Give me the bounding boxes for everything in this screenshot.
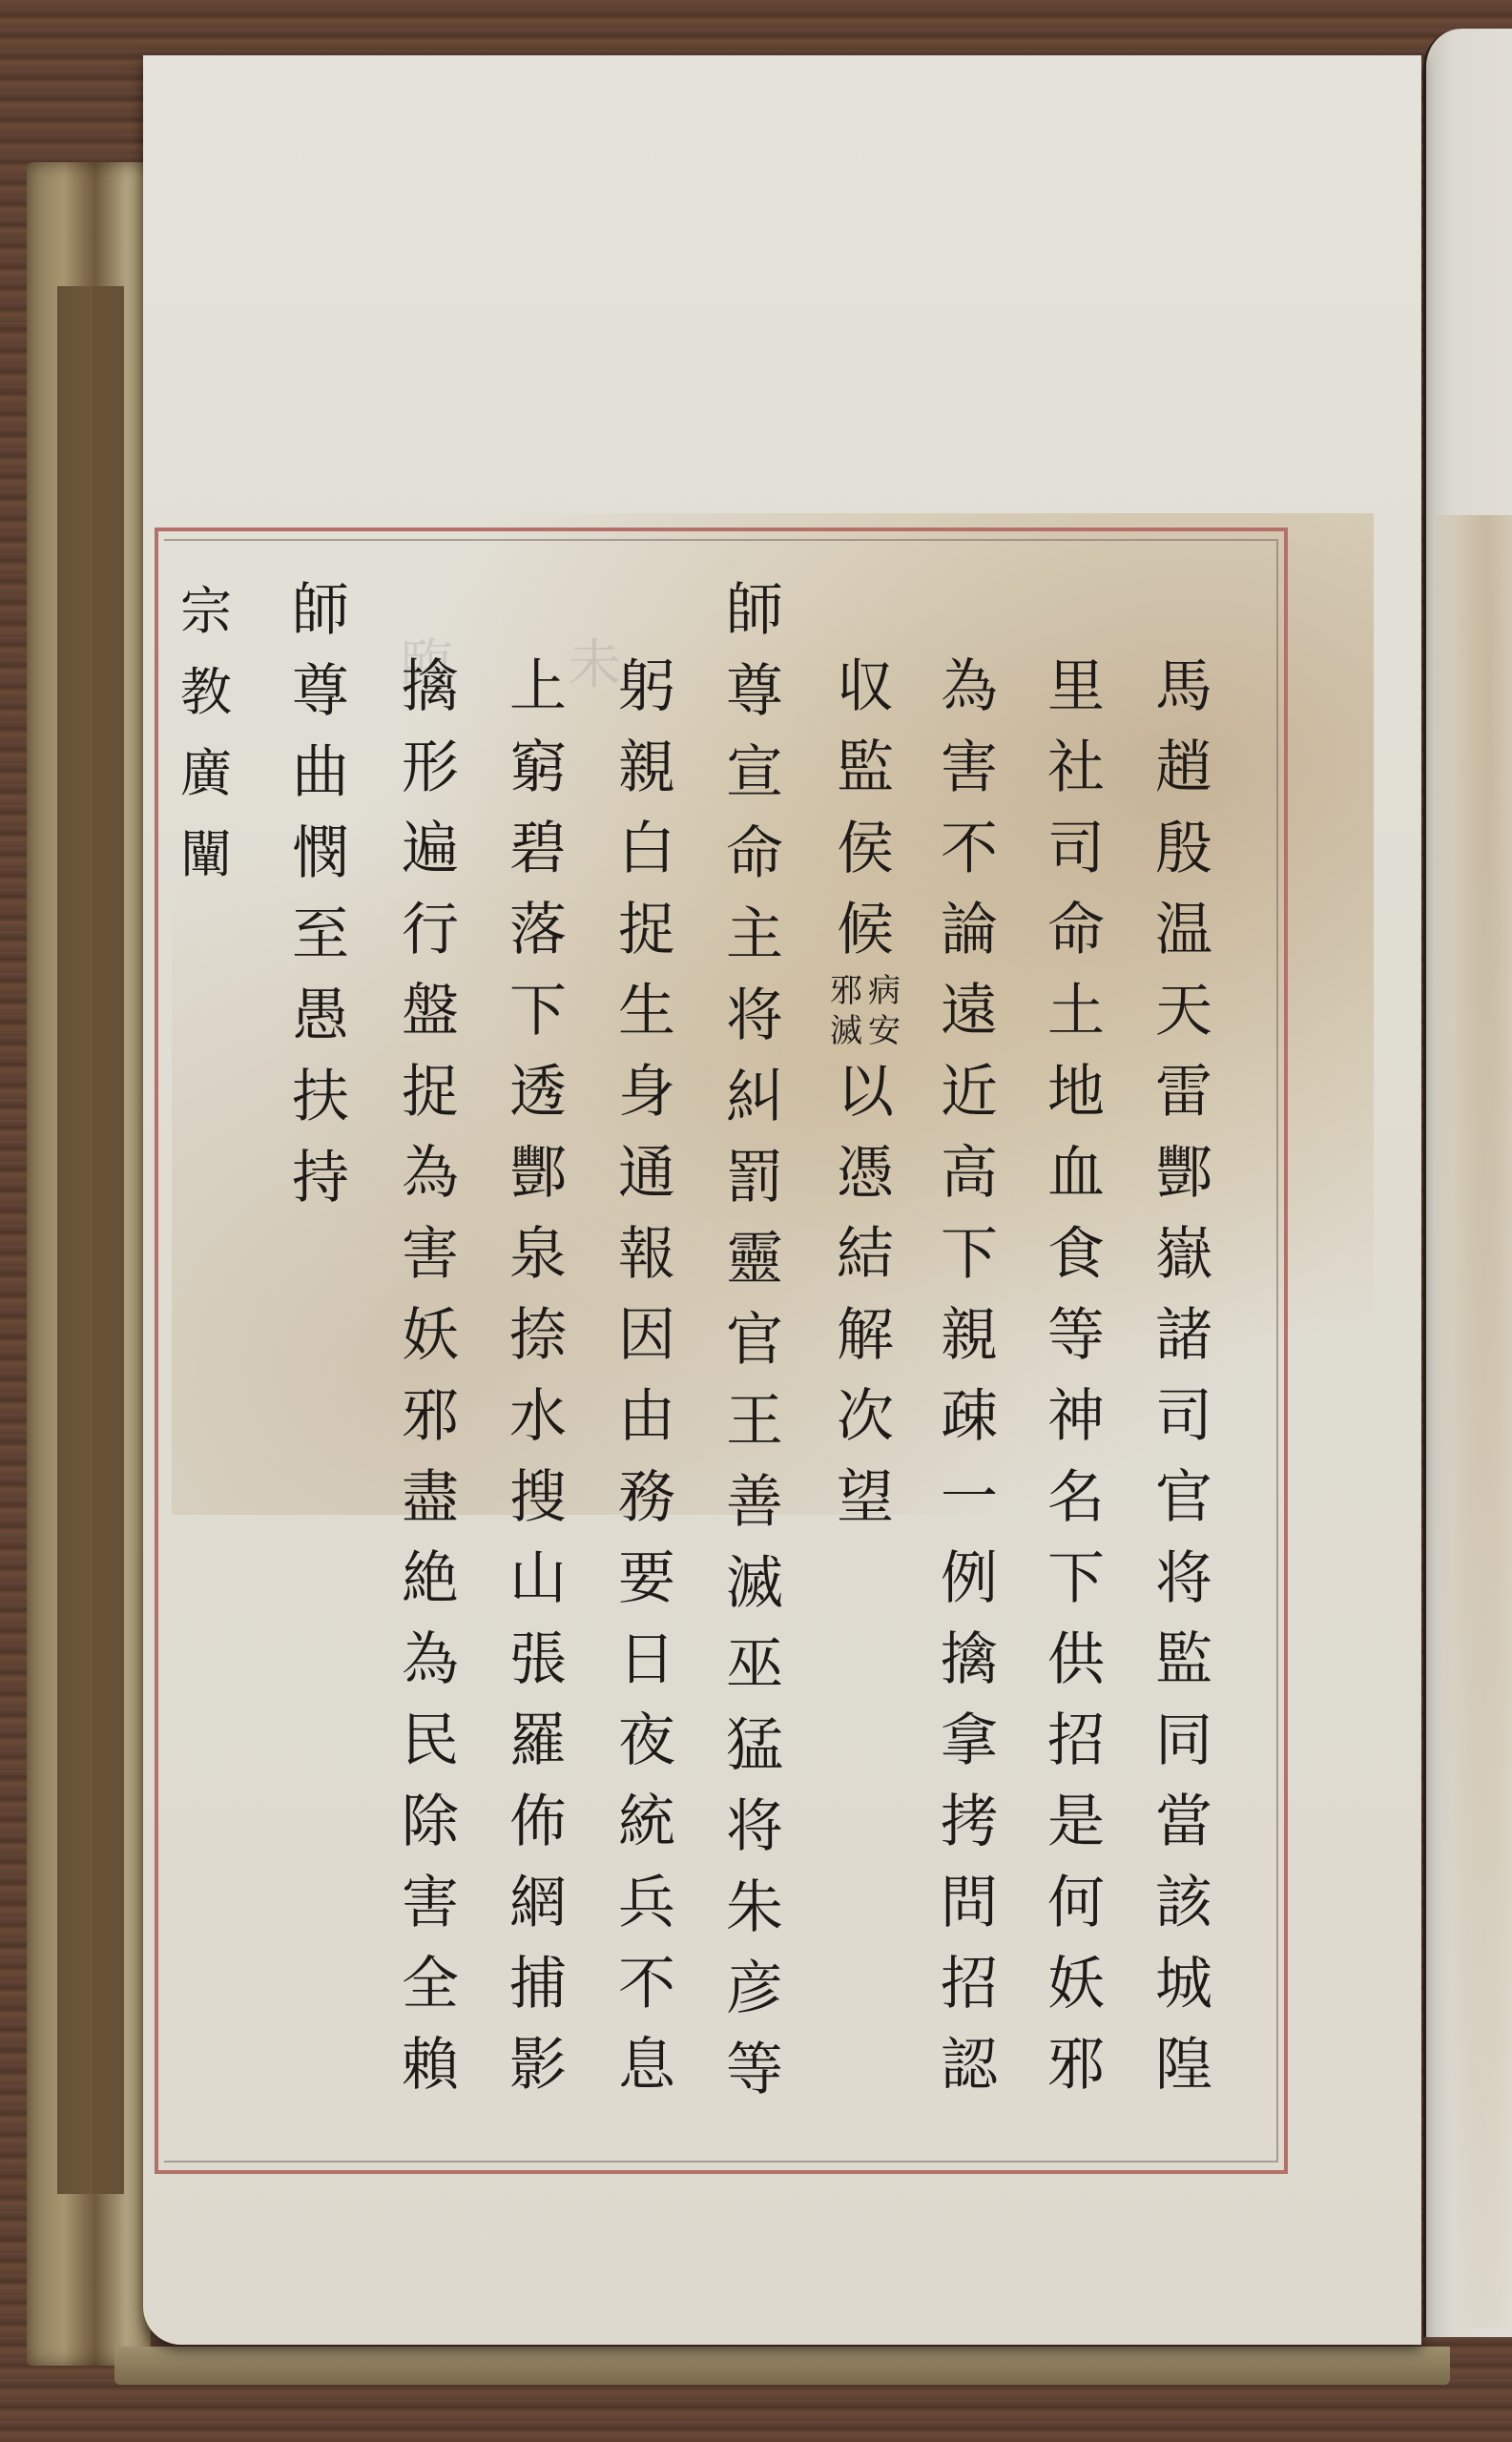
char: 尊 <box>286 652 355 733</box>
char: 社 <box>1042 728 1110 809</box>
char: 同 <box>1150 1701 1218 1782</box>
char: 為 <box>396 1133 465 1214</box>
char: 絶 <box>396 1539 465 1620</box>
char: 因 <box>612 1295 681 1376</box>
text-column-8: 擒 形 遍 行 盤 捉 為 害 妖 邪 盡 絶 為 民 除 害 全 賴 <box>396 647 465 2106</box>
char: 是 <box>1042 1782 1110 1863</box>
char: 下 <box>1042 1539 1110 1620</box>
spine-wrap <box>57 286 124 2194</box>
char: 靈 <box>720 1219 789 1300</box>
char: 日 <box>612 1620 681 1701</box>
char: 行 <box>396 890 465 971</box>
char: 當 <box>1150 1782 1218 1863</box>
char: 高 <box>935 1133 1004 1214</box>
char: 捕 <box>504 1944 572 2025</box>
char: 等 <box>1042 1295 1110 1376</box>
char: 近 <box>935 1052 1004 1133</box>
char: 招 <box>935 1944 1004 2025</box>
char: 邪 <box>396 1376 465 1458</box>
text-column-9: 師 尊 曲 憫 至 愚 扶 持 <box>286 570 355 1219</box>
char: 望 <box>831 1458 900 1539</box>
char: 要 <box>612 1539 681 1620</box>
char: 形 <box>396 728 465 809</box>
char: 隍 <box>1150 2025 1218 2106</box>
text-column-7: 上 窮 碧 落 下 透 酆 泉 捺 水 搜 山 張 羅 佈 網 捕 影 <box>504 647 572 2106</box>
char: 神 <box>1042 1376 1110 1458</box>
char: 認 <box>935 2025 1004 2106</box>
char: 身 <box>612 1052 681 1133</box>
char: 不 <box>935 809 1004 890</box>
char: 師 <box>286 570 355 652</box>
char: 張 <box>504 1620 572 1701</box>
char: 不 <box>612 1944 681 2025</box>
char: 務 <box>612 1458 681 1539</box>
char: 官 <box>720 1300 789 1381</box>
char: 彦 <box>720 1949 789 2030</box>
char: 為 <box>935 647 1004 728</box>
char: 監 <box>831 728 900 809</box>
char: 酆 <box>1150 1133 1218 1214</box>
char: 憑 <box>831 1133 900 1214</box>
char: 拷 <box>935 1782 1004 1863</box>
annotation-right: 病 安 <box>866 971 902 1052</box>
char: 捉 <box>612 890 681 971</box>
char: 除 <box>396 1782 465 1863</box>
char: 一 <box>935 1458 1004 1539</box>
char: 民 <box>396 1701 465 1782</box>
char: 将 <box>720 976 789 1057</box>
char: 泉 <box>504 1214 572 1295</box>
char: 捺 <box>504 1295 572 1376</box>
char: 天 <box>1150 971 1218 1052</box>
char: 趙 <box>1150 728 1218 809</box>
page-stack-edge <box>114 2347 1450 2385</box>
char: 兵 <box>612 1863 681 1944</box>
char: 統 <box>612 1782 681 1863</box>
char: 下 <box>504 971 572 1052</box>
char: 白 <box>612 809 681 890</box>
char: 該 <box>1150 1863 1218 1944</box>
char: 命 <box>1042 890 1110 971</box>
char: 将 <box>720 1787 789 1868</box>
char: 山 <box>504 1539 572 1620</box>
char: 賴 <box>396 2025 465 2106</box>
char: 馬 <box>1150 647 1218 728</box>
char: 下 <box>935 1214 1004 1295</box>
water-stain <box>1436 515 1512 2328</box>
margin-title: 宗 教 廣 闡 <box>172 570 240 895</box>
text-block: 未 臨 馬 趙 殷 温 天 雷 酆 嶽 諸 司 官 将 監 同 當 該 城 隍 … <box>143 55 1421 2345</box>
char: 拿 <box>935 1701 1004 1782</box>
title-char: 闡 <box>172 814 240 895</box>
char: 遍 <box>396 809 465 890</box>
char: 嶽 <box>1150 1214 1218 1295</box>
char: 全 <box>396 1944 465 2025</box>
char: 主 <box>720 895 789 976</box>
text-column-3: 為 害 不 論 遠 近 高 下 親 疎 一 例 擒 拿 拷 問 招 認 <box>935 647 1004 2106</box>
char: 盤 <box>396 971 465 1052</box>
char: 猛 <box>720 1706 789 1787</box>
char: 司 <box>1042 809 1110 890</box>
char: 師 <box>720 570 789 652</box>
char: 扶 <box>286 1057 355 1138</box>
char: 朱 <box>720 1868 789 1949</box>
char: 侯 <box>831 809 900 890</box>
char: 地 <box>1042 1052 1110 1133</box>
char: 宣 <box>720 733 789 814</box>
char: 網 <box>504 1863 572 1944</box>
char: 窮 <box>504 728 572 809</box>
small-char: 邪 <box>828 971 864 1011</box>
char: 候 <box>831 890 900 971</box>
char: 生 <box>612 971 681 1052</box>
text-column-5: 師 尊 宣 命 主 将 糾 罰 靈 官 王 善 滅 巫 猛 将 朱 彦 等 <box>720 570 789 2111</box>
char: 害 <box>396 1214 465 1295</box>
interlinear-annotation: 病 安 邪 滅 <box>828 971 902 1052</box>
char: 羅 <box>504 1701 572 1782</box>
char: 妖 <box>396 1295 465 1376</box>
char: 遠 <box>935 971 1004 1052</box>
char: 報 <box>612 1214 681 1295</box>
char: 命 <box>720 814 789 895</box>
char: 憫 <box>286 814 355 895</box>
text-column-1: 馬 趙 殷 温 天 雷 酆 嶽 諸 司 官 将 監 同 當 該 城 隍 <box>1150 647 1218 2106</box>
char: 曲 <box>286 733 355 814</box>
text-column-2: 里 社 司 命 土 地 血 食 等 神 名 下 供 招 是 何 妖 邪 <box>1042 647 1110 2106</box>
char: 収 <box>831 647 900 728</box>
char: 官 <box>1150 1458 1218 1539</box>
char: 落 <box>504 890 572 971</box>
char: 尊 <box>720 652 789 733</box>
char: 問 <box>935 1863 1004 1944</box>
char: 由 <box>612 1376 681 1458</box>
small-char: 安 <box>866 1011 902 1051</box>
small-char: 病 <box>866 971 902 1011</box>
char: 搜 <box>504 1458 572 1539</box>
char: 例 <box>935 1539 1004 1620</box>
text-column-6: 躬 親 白 捉 生 身 通 報 因 由 務 要 日 夜 統 兵 不 息 <box>612 647 681 2106</box>
char: 解 <box>831 1295 900 1376</box>
char: 影 <box>504 2025 572 2106</box>
char: 透 <box>504 1052 572 1133</box>
char: 水 <box>504 1376 572 1458</box>
char: 捉 <box>396 1052 465 1133</box>
char: 糾 <box>720 1057 789 1138</box>
char: 血 <box>1042 1133 1110 1214</box>
char: 妖 <box>1042 1944 1110 2025</box>
char: 盡 <box>396 1458 465 1539</box>
char: 王 <box>720 1381 789 1462</box>
char: 何 <box>1042 1863 1110 1944</box>
char: 酆 <box>504 1133 572 1214</box>
char: 息 <box>612 2025 681 2106</box>
char: 司 <box>1150 1376 1218 1458</box>
char: 結 <box>831 1214 900 1295</box>
facing-page-edge <box>1423 29 1512 2337</box>
char: 諸 <box>1150 1295 1218 1376</box>
char: 名 <box>1042 1458 1110 1539</box>
char: 将 <box>1150 1539 1218 1620</box>
char: 持 <box>286 1138 355 1219</box>
char: 罰 <box>720 1138 789 1219</box>
char: 滅 <box>720 1543 789 1625</box>
char: 巫 <box>720 1625 789 1706</box>
text-column-4: 収 監 侯 候 病 安 邪 滅 以 憑 結 解 次 望 <box>828 647 902 1539</box>
char: 以 <box>831 1052 900 1133</box>
char: 親 <box>935 1295 1004 1376</box>
title-char: 教 <box>172 652 240 733</box>
char: 擒 <box>935 1620 1004 1701</box>
char: 親 <box>612 728 681 809</box>
small-char: 滅 <box>828 1011 864 1051</box>
char: 供 <box>1042 1620 1110 1701</box>
book-page: 未 臨 馬 趙 殷 温 天 雷 酆 嶽 諸 司 官 将 監 同 當 該 城 隍 … <box>143 55 1421 2345</box>
title-char: 宗 <box>172 570 240 652</box>
book-spine <box>27 162 151 2366</box>
char: 為 <box>396 1620 465 1701</box>
title-char: 廣 <box>172 733 240 814</box>
char: 躬 <box>612 647 681 728</box>
char: 疎 <box>935 1376 1004 1458</box>
char: 佈 <box>504 1782 572 1863</box>
char: 殷 <box>1150 809 1218 890</box>
char: 食 <box>1042 1214 1110 1295</box>
char: 招 <box>1042 1701 1110 1782</box>
char: 上 <box>504 647 572 728</box>
char: 碧 <box>504 809 572 890</box>
char: 温 <box>1150 890 1218 971</box>
char: 邪 <box>1042 2025 1110 2106</box>
char: 害 <box>396 1863 465 1944</box>
char: 土 <box>1042 971 1110 1052</box>
char: 夜 <box>612 1701 681 1782</box>
char: 次 <box>831 1376 900 1458</box>
char: 監 <box>1150 1620 1218 1701</box>
char: 善 <box>720 1462 789 1543</box>
char: 論 <box>935 890 1004 971</box>
char: 害 <box>935 728 1004 809</box>
char: 愚 <box>286 976 355 1057</box>
char: 里 <box>1042 647 1110 728</box>
char: 擒 <box>396 647 465 728</box>
char: 通 <box>612 1133 681 1214</box>
char: 城 <box>1150 1944 1218 2025</box>
char: 雷 <box>1150 1052 1218 1133</box>
char: 至 <box>286 895 355 976</box>
char: 等 <box>720 2030 789 2111</box>
annotation-left: 邪 滅 <box>828 971 864 1052</box>
